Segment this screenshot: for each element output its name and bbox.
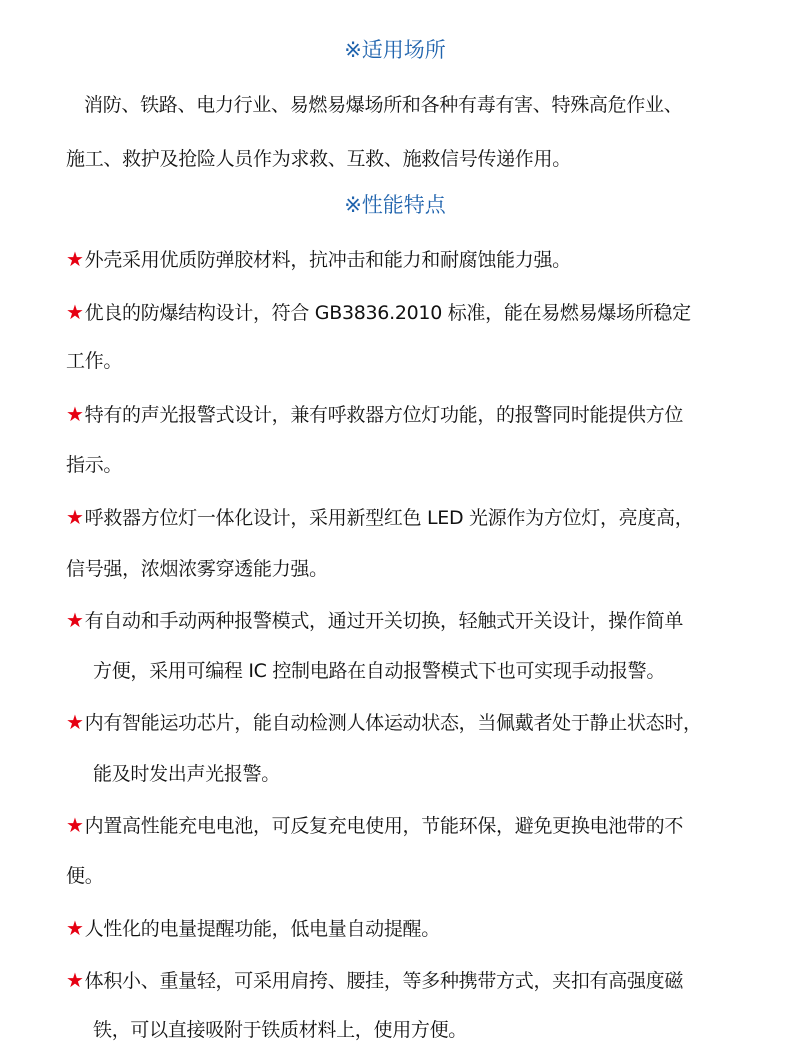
star-bullet-icon: ★ xyxy=(66,968,84,992)
feature-item-continuation: 工作。 xyxy=(66,346,122,373)
feature-item: ★外壳采用优质防弹胶材料，抗冲击和能力和耐腐蚀能力强。 xyxy=(66,245,571,272)
applications-line-1: 消防、铁路、电力行业、易燃易爆场所和各种有毒有害、特殊高危作业、 xyxy=(84,90,682,117)
star-bullet-icon: ★ xyxy=(66,916,84,940)
feature-item: ★内置高性能充电电池，可反复充电使用，节能环保，避免更换电池带的不 xyxy=(66,811,683,838)
section-heading-features: ※性能特点 xyxy=(0,189,790,219)
star-bullet-icon: ★ xyxy=(66,505,84,529)
feature-item-continuation: 信号强，浓烟浓雾穿透能力强。 xyxy=(66,554,328,581)
feature-item-continuation: 指示。 xyxy=(66,450,122,477)
feature-item: ★体积小、重量轻，可采用肩挎、腰挂，等多种携带方式，夹扣有高强度磁 xyxy=(66,966,683,993)
star-bullet-icon: ★ xyxy=(66,813,84,837)
feature-item: ★人性化的电量提醒功能，低电量自动提醒。 xyxy=(66,914,440,941)
section-heading-applications: ※适用场所 xyxy=(0,34,790,64)
feature-item: ★有自动和手动两种报警模式，通过开关切换，轻触式开关设计，操作简单 xyxy=(66,606,683,633)
star-bullet-icon: ★ xyxy=(66,608,84,632)
star-bullet-icon: ★ xyxy=(66,247,84,271)
feature-item-continuation: 能及时发出声光报警。 xyxy=(93,759,280,786)
feature-item-continuation: 方便，采用可编程 IC 控制电路在自动报警模式下也可实现手动报警。 xyxy=(93,656,665,683)
star-bullet-icon: ★ xyxy=(66,300,84,324)
star-bullet-icon: ★ xyxy=(66,402,84,426)
feature-item: ★优良的防爆结构设计，符合 GB3836.2010 标准，能在易燃易爆场所稳定 xyxy=(66,298,691,325)
applications-line-2: 施工、救护及抢险人员作为求救、互救、施救信号传递作用。 xyxy=(66,144,571,171)
feature-item: ★呼救器方位灯一体化设计，采用新型红色 LED 光源作为方位灯，亮度高， xyxy=(66,503,693,530)
star-bullet-icon: ★ xyxy=(66,710,84,734)
feature-item: ★内有智能运功芯片，能自动检测人体运动状态，当佩戴者处于静止状态时， xyxy=(66,708,702,735)
feature-item-continuation: 便。 xyxy=(66,861,103,888)
feature-item: ★特有的声光报警式设计，兼有呼救器方位灯功能，的报警同时能提供方位 xyxy=(66,400,683,427)
feature-item-continuation: 铁，可以直接吸附于铁质材料上，使用方便。 xyxy=(93,1015,467,1042)
